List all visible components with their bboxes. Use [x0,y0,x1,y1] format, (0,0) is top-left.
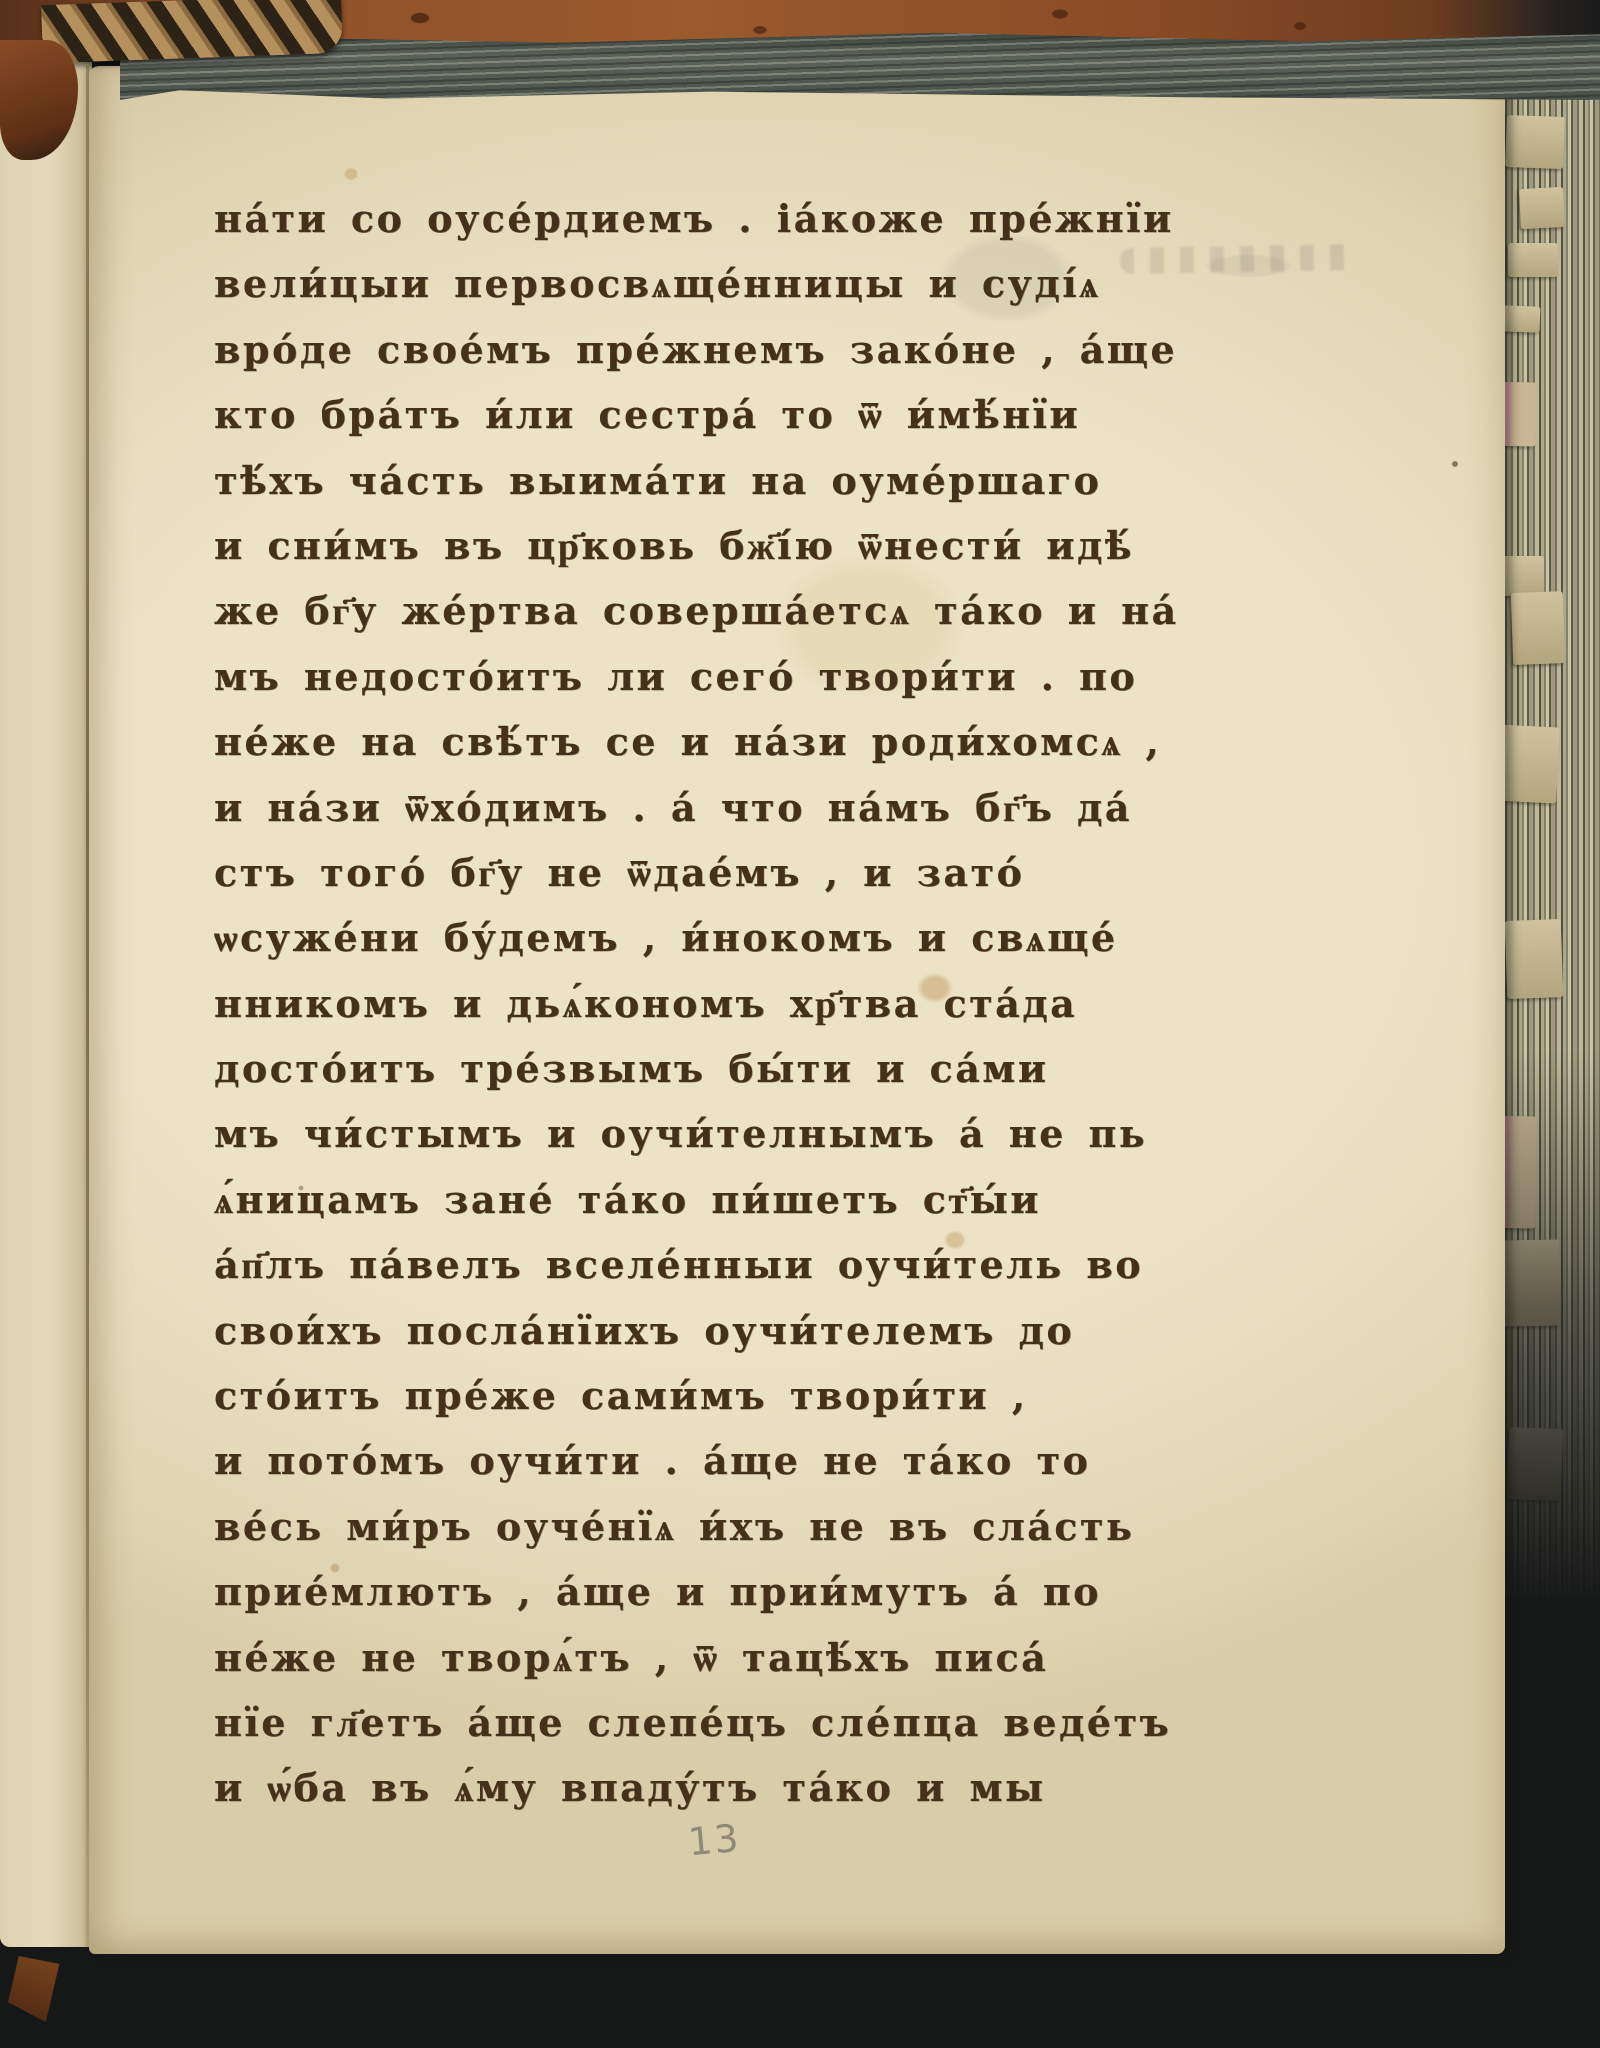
manuscript-text-line: не́же на свѣ́тъ се и на́зи роди́хомсѧ , [214,709,1154,774]
manuscript-text-line: мъ недосто́итъ ли сего́ твори́ти . по [214,644,1154,709]
page-marker-tab [1511,591,1565,665]
manuscript-text-line: мъ чи́стымъ и оучи́телнымъ а́ не пь [214,1101,1154,1166]
pencil-page-number: 13 [686,1816,742,1864]
page-marker-tab [1499,1239,1560,1326]
page-marker-tab [1500,305,1541,332]
manuscript-text-line: тѣ́хъ ча́сть выима́ти на оуме́ршаго [214,448,1154,513]
manuscript-text-line: и сни́мъ въ цр҃ковь бж҃і́ю ѿнести́ идѣ́ [214,513,1154,578]
manuscript-text-line: не́же не творѧ́тъ , ѿ тацѣ́хъ писа́ [214,1625,1154,1690]
page-marker-tab [1505,115,1565,169]
manuscript-text: на́ти со оусе́рдиемъ . іа́коже пре́жнїив… [214,186,1154,1821]
manuscript-text-line: на́ти со оусе́рдиемъ . іа́коже пре́жнїи [214,186,1154,251]
manuscript-text-line: нїе гл҃етъ а́ще слепе́цъ сле́пца веде́тъ [214,1690,1154,1755]
manuscript-text-line: и на́зи ѿхо́димъ . а́ что на́мъ бг҃ъ да́ [214,775,1154,840]
manuscript-text-line: и ѡ́ба въ ѧ́му впаду́тъ та́ко и мы [214,1755,1154,1820]
page-marker-tab [1505,919,1564,999]
manuscript-text-line: ве́сь ми́ръ оуче́нїѧ и́хъ не въ сла́сть [214,1494,1154,1559]
sewn-headband [41,0,343,63]
manuscript-text-line: а́п҃лъ па́велъ вселе́нныи оучи́тель во [214,1232,1154,1297]
manuscript-text-line: прие́млютъ , а́ще и прии́мутъ а́ по [214,1559,1154,1624]
manuscript-text-line: стъ того́ бг҃у не ѿдае́мъ , и зато́ [214,840,1154,905]
manuscript-text-line: досто́итъ тре́звымъ бы́ти и са́ми [214,1036,1154,1101]
page-marker-tab [1507,1427,1563,1501]
manuscript-text-line: вели́цыи первосвѧще́нницы и суді́ѧ [214,251,1154,316]
text-block-head-edge [120,30,1600,100]
page-marker-tab [1508,243,1558,277]
manuscript-text-line: нникомъ и дьѧ́кономъ хр҃тва ста́да [214,971,1154,1036]
manuscript-text-line: же бг҃у же́ртва соверша́етсѧ та́ко и на́ [214,578,1154,643]
page-marker-tab [1519,187,1565,229]
manuscript-text-line: вро́де свое́мъ пре́жнемъ зако́не , а́ще [214,317,1154,382]
manuscript-text-line: ѡсуже́ни бу́демъ , и́нокомъ и свѧще́ [214,905,1154,970]
manuscript-text-line: кто бра́тъ и́ли сестра́ то ѿ и́мѣ́нїи [214,382,1154,447]
leather-corner-bottom [8,1956,62,2022]
manuscript-photo: на́ти со оусе́рдиемъ . іа́коже пре́жнїив… [0,0,1600,2048]
previous-page-sliver [0,62,92,1947]
ink-offset-smudge [1120,244,1360,274]
manuscript-text-line: сто́итъ пре́же сами́мъ твори́ти , [214,1363,1154,1428]
manuscript-text-line: свои́хъ посла́нїихъ оучи́телемъ до [214,1298,1154,1363]
manuscript-text-line: ѧ́ницамъ зане́ та́ко пи́шетъ ст҃ы́и [214,1167,1154,1232]
manuscript-text-line: и пото́мъ оучи́ти . а́ще не та́ко то [214,1428,1154,1493]
fore-edge-page-stack [1497,58,1600,1598]
